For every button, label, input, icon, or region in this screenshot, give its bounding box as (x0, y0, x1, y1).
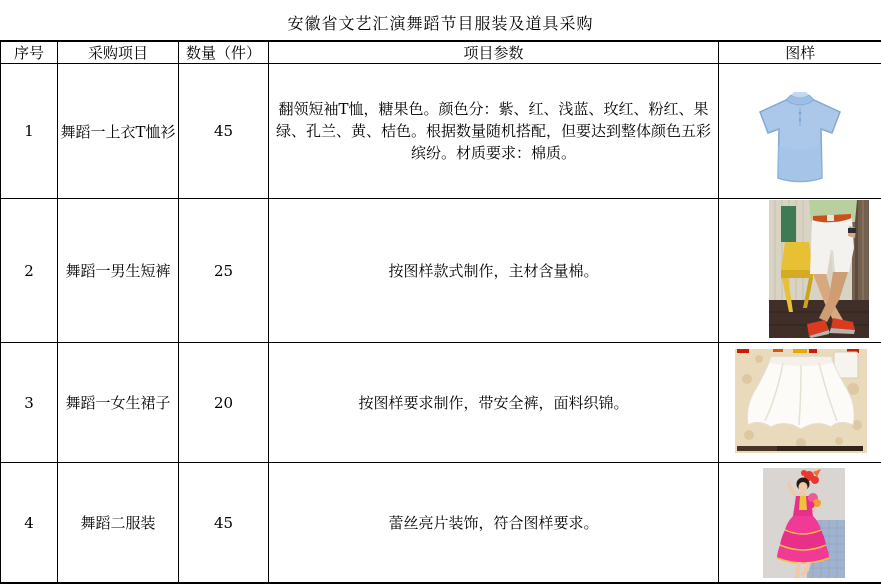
qty-cell: 20 (179, 343, 269, 463)
sample-cell (719, 64, 881, 199)
params-cell: 翻领短袖T恤，糖果色。颜色分：紫、红、浅蓝、玫红、粉红、果绿、孔兰、黄、桔色。根… (269, 64, 719, 199)
item-cell: 舞蹈一男生短裤 (58, 199, 179, 343)
white-skirt-photo (735, 349, 867, 453)
table-row: 1 舞蹈一上衣T恤衫 45 翻领短袖T恤，糖果色。颜色分：紫、红、浅蓝、玫红、粉… (1, 64, 881, 199)
seq-cell: 4 (1, 463, 58, 584)
qty-cell: 25 (179, 199, 269, 343)
table-row: 3 舞蹈一女生裙子 20 按图样要求制作，带安全裤，面料织锦。 (1, 343, 881, 463)
params-cell: 蕾丝亮片装饰，符合图样要求。 (269, 463, 719, 584)
header-row: 序号 采购项目 数量（件） 项目参数 图样 (1, 41, 881, 64)
item-cell: 舞蹈一上衣T恤衫 (58, 64, 179, 199)
sample-cell (719, 463, 881, 584)
qty-cell: 45 (179, 463, 269, 584)
col-header-seq: 序号 (1, 41, 58, 64)
item-cell: 舞蹈一女生裙子 (58, 343, 179, 463)
col-header-item: 采购项目 (58, 41, 179, 64)
sample-cell (719, 343, 881, 463)
page-title: 安徽省文艺汇演舞蹈节目服装及道具采购 (0, 0, 881, 40)
seq-cell: 1 (1, 64, 58, 199)
col-header-qty: 数量（件） (179, 41, 269, 64)
polo-shirt-image (748, 88, 852, 188)
sample-cell (719, 199, 881, 343)
procurement-table: 序号 采购项目 数量（件） 项目参数 图样 1 舞蹈一上衣T恤衫 45 翻领短袖… (0, 40, 881, 584)
table-row: 4 舞蹈二服装 45 蕾丝亮片装饰，符合图样要求。 (1, 463, 881, 584)
col-header-params: 项目参数 (269, 41, 719, 64)
seq-cell: 3 (1, 343, 58, 463)
qty-cell: 45 (179, 64, 269, 199)
col-header-sample: 图样 (719, 41, 881, 64)
params-cell: 按图样款式制作，主材含量棉。 (269, 199, 719, 343)
white-shorts-photo (769, 200, 869, 338)
seq-cell: 2 (1, 199, 58, 343)
table-row: 2 舞蹈一男生短裤 25 按图样款式制作，主材含量棉。 (1, 199, 881, 343)
pink-dance-dress-photo (763, 468, 845, 578)
item-cell: 舞蹈二服装 (58, 463, 179, 584)
params-cell: 按图样要求制作，带安全裤，面料织锦。 (269, 343, 719, 463)
